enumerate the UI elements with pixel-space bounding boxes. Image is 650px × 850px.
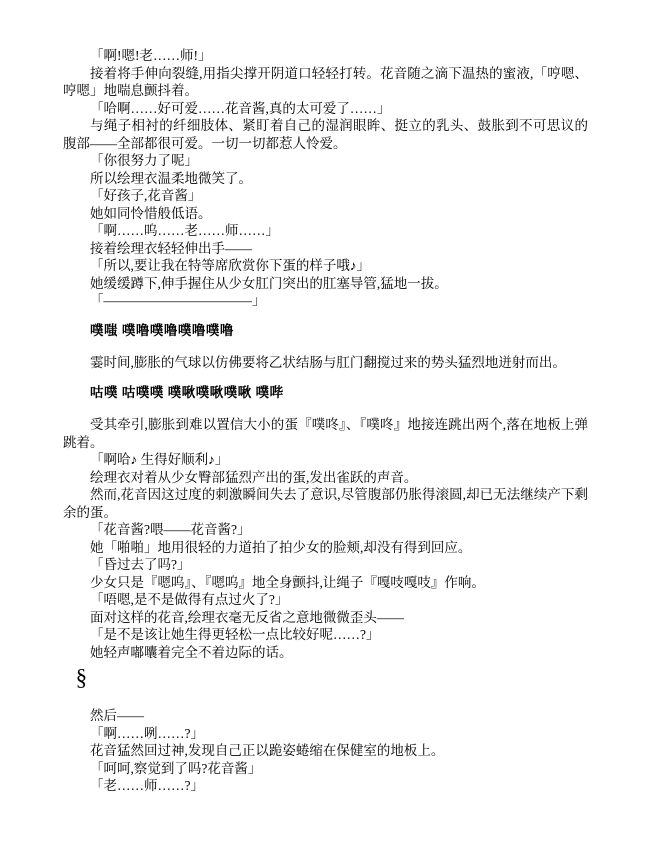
paragraph: 所以绘理衣温柔地微笑了。 [63, 170, 588, 188]
paragraph: 少女只是『嗯呜』、『嗯呜』地全身颤抖,让绳子『嘎吱嘎吱』作响。 [63, 574, 588, 592]
paragraph: 她如同怜惜般低语。 [63, 205, 588, 223]
paragraph: 「唔嗯,是不是做得有点过火了?」 [63, 591, 588, 609]
paragraph: 花音猛然回过神,发现自己正以跪姿蜷缩在保健室的地板上。 [63, 742, 588, 760]
text-content: 「啊!嗯!老……师!」接着将手伸向裂缝,用指尖撑开阴道口轻轻打转。花音随之滴下温… [0, 0, 650, 850]
paragraph: 「啊!嗯!老……师!」 [63, 47, 588, 65]
paragraph: 「是不是该让她生得更轻松一点比较好呢……?」 [63, 626, 588, 644]
paragraph: 她缓缓蹲下,伸手握住从少女肛门突出的肛塞导管,猛地一拔。 [63, 275, 588, 293]
paragraph: 霎时间,膨胀的气球以仿佛要将乙状结肠与肛门翻搅过来的势头猛烈地迸射而出。 [63, 354, 588, 372]
section-mark: § [63, 665, 588, 691]
paragraph: 绘理衣对着从少女臀部猛烈产出的蛋,发出雀跃的声音。 [63, 469, 588, 487]
sfx-line: 噗嗤 噗噜噗噜噗噜噗噜 [63, 322, 588, 340]
paragraph: 「好孩子,花音酱」 [63, 187, 588, 205]
paragraph: 「啊哈♪ 生得好顺利♪」 [63, 451, 588, 469]
paragraph: 「所以,要让我在特等席欣赏你下蛋的样子哦♪」 [63, 257, 588, 275]
document-page: 「啊!嗯!老……师!」接着将手伸向裂缝,用指尖撑开阴道口轻轻打转。花音随之滴下温… [0, 0, 650, 850]
paragraph: 她「啪啪」地用很轻的力道拍了拍少女的脸颊,却没有得到回应。 [63, 539, 588, 557]
paragraph: 受其牵引,膨胀到难以置信大小的蛋『噗咚』、『噗咚』地接连跳出两个,落在地板上弹跳… [63, 416, 588, 451]
paragraph: 「啊……呜……老……师……」 [63, 222, 588, 240]
paragraph: 接着将手伸向裂缝,用指尖撑开阴道口轻轻打转。花音随之滴下温热的蜜液,「哼嗯、哼嗯… [63, 65, 588, 100]
paragraph: 「昏过去了吗?」 [63, 556, 588, 574]
paragraph: 「哈啊……好可爱……花音酱,真的太可爱了……」 [63, 100, 588, 118]
sfx-line: 咕噗 咕噗噗 噗啾噗啾噗啾 噗哔 [63, 384, 588, 402]
paragraph: 然而,花音因这过度的刺激瞬间失去了意识,尽管腹部仍胀得滚圆,却已无法继续产下剩余… [63, 486, 588, 521]
paragraph: 「老……师……?」 [63, 777, 588, 795]
paragraph: 「花音酱?喂——花音酱?」 [63, 521, 588, 539]
paragraph: 接着绘理衣轻轻伸出手—— [63, 240, 588, 258]
paragraph: 她轻声嘟囔着完全不着边际的话。 [63, 644, 588, 662]
paragraph: 「啊……咧……?」 [63, 725, 588, 743]
paragraph: 「———————————」 [63, 292, 588, 310]
paragraph: 与绳子相衬的纤细肢体、紧盯着自己的湿润眼眸、挺立的乳头、鼓胀到不可思议的腹部——… [63, 117, 588, 152]
paragraph: 「呵呵,察觉到了吗?花音酱」 [63, 760, 588, 778]
paragraph: 「你很努力了呢」 [63, 152, 588, 170]
paragraph: 然后—— [63, 707, 588, 725]
paragraph: 面对这样的花音,绘理衣毫无反省之意地微微歪头—— [63, 609, 588, 627]
